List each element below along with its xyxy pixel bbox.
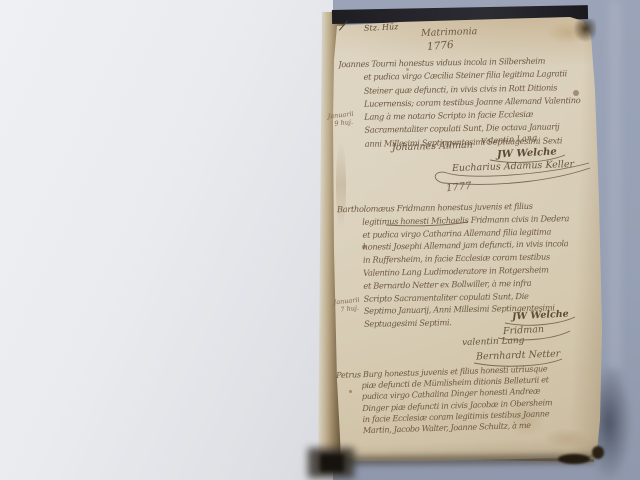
year-heading-1776: 1776 [427, 39, 455, 53]
burn-mark-corner [592, 446, 604, 459]
margin-note-1777: Januarii 7 huj. [333, 296, 361, 315]
entry-bottom-partial: Petrus Burg honestus juvenis et filius h… [336, 362, 590, 437]
margin-note-1776: Januarii 9 huj. [327, 110, 355, 129]
page-bottom-shadow [342, 454, 594, 466]
section-title: Matrimonia [421, 26, 478, 39]
entry-1776: Joannes Tourni honestus viduus incola in… [338, 54, 592, 151]
archival-scan: / Stz. Hüz Matrimonia 1776 Joannes Tourn… [0, 0, 640, 480]
background-light-streak [608, 0, 622, 370]
blank-left-page [0, 0, 333, 480]
paper-stain [540, 18, 595, 48]
header-note: Stz. Hüz [364, 22, 399, 33]
burn-mark-bottom [558, 454, 590, 464]
gutter-shadow-core [320, 454, 344, 472]
